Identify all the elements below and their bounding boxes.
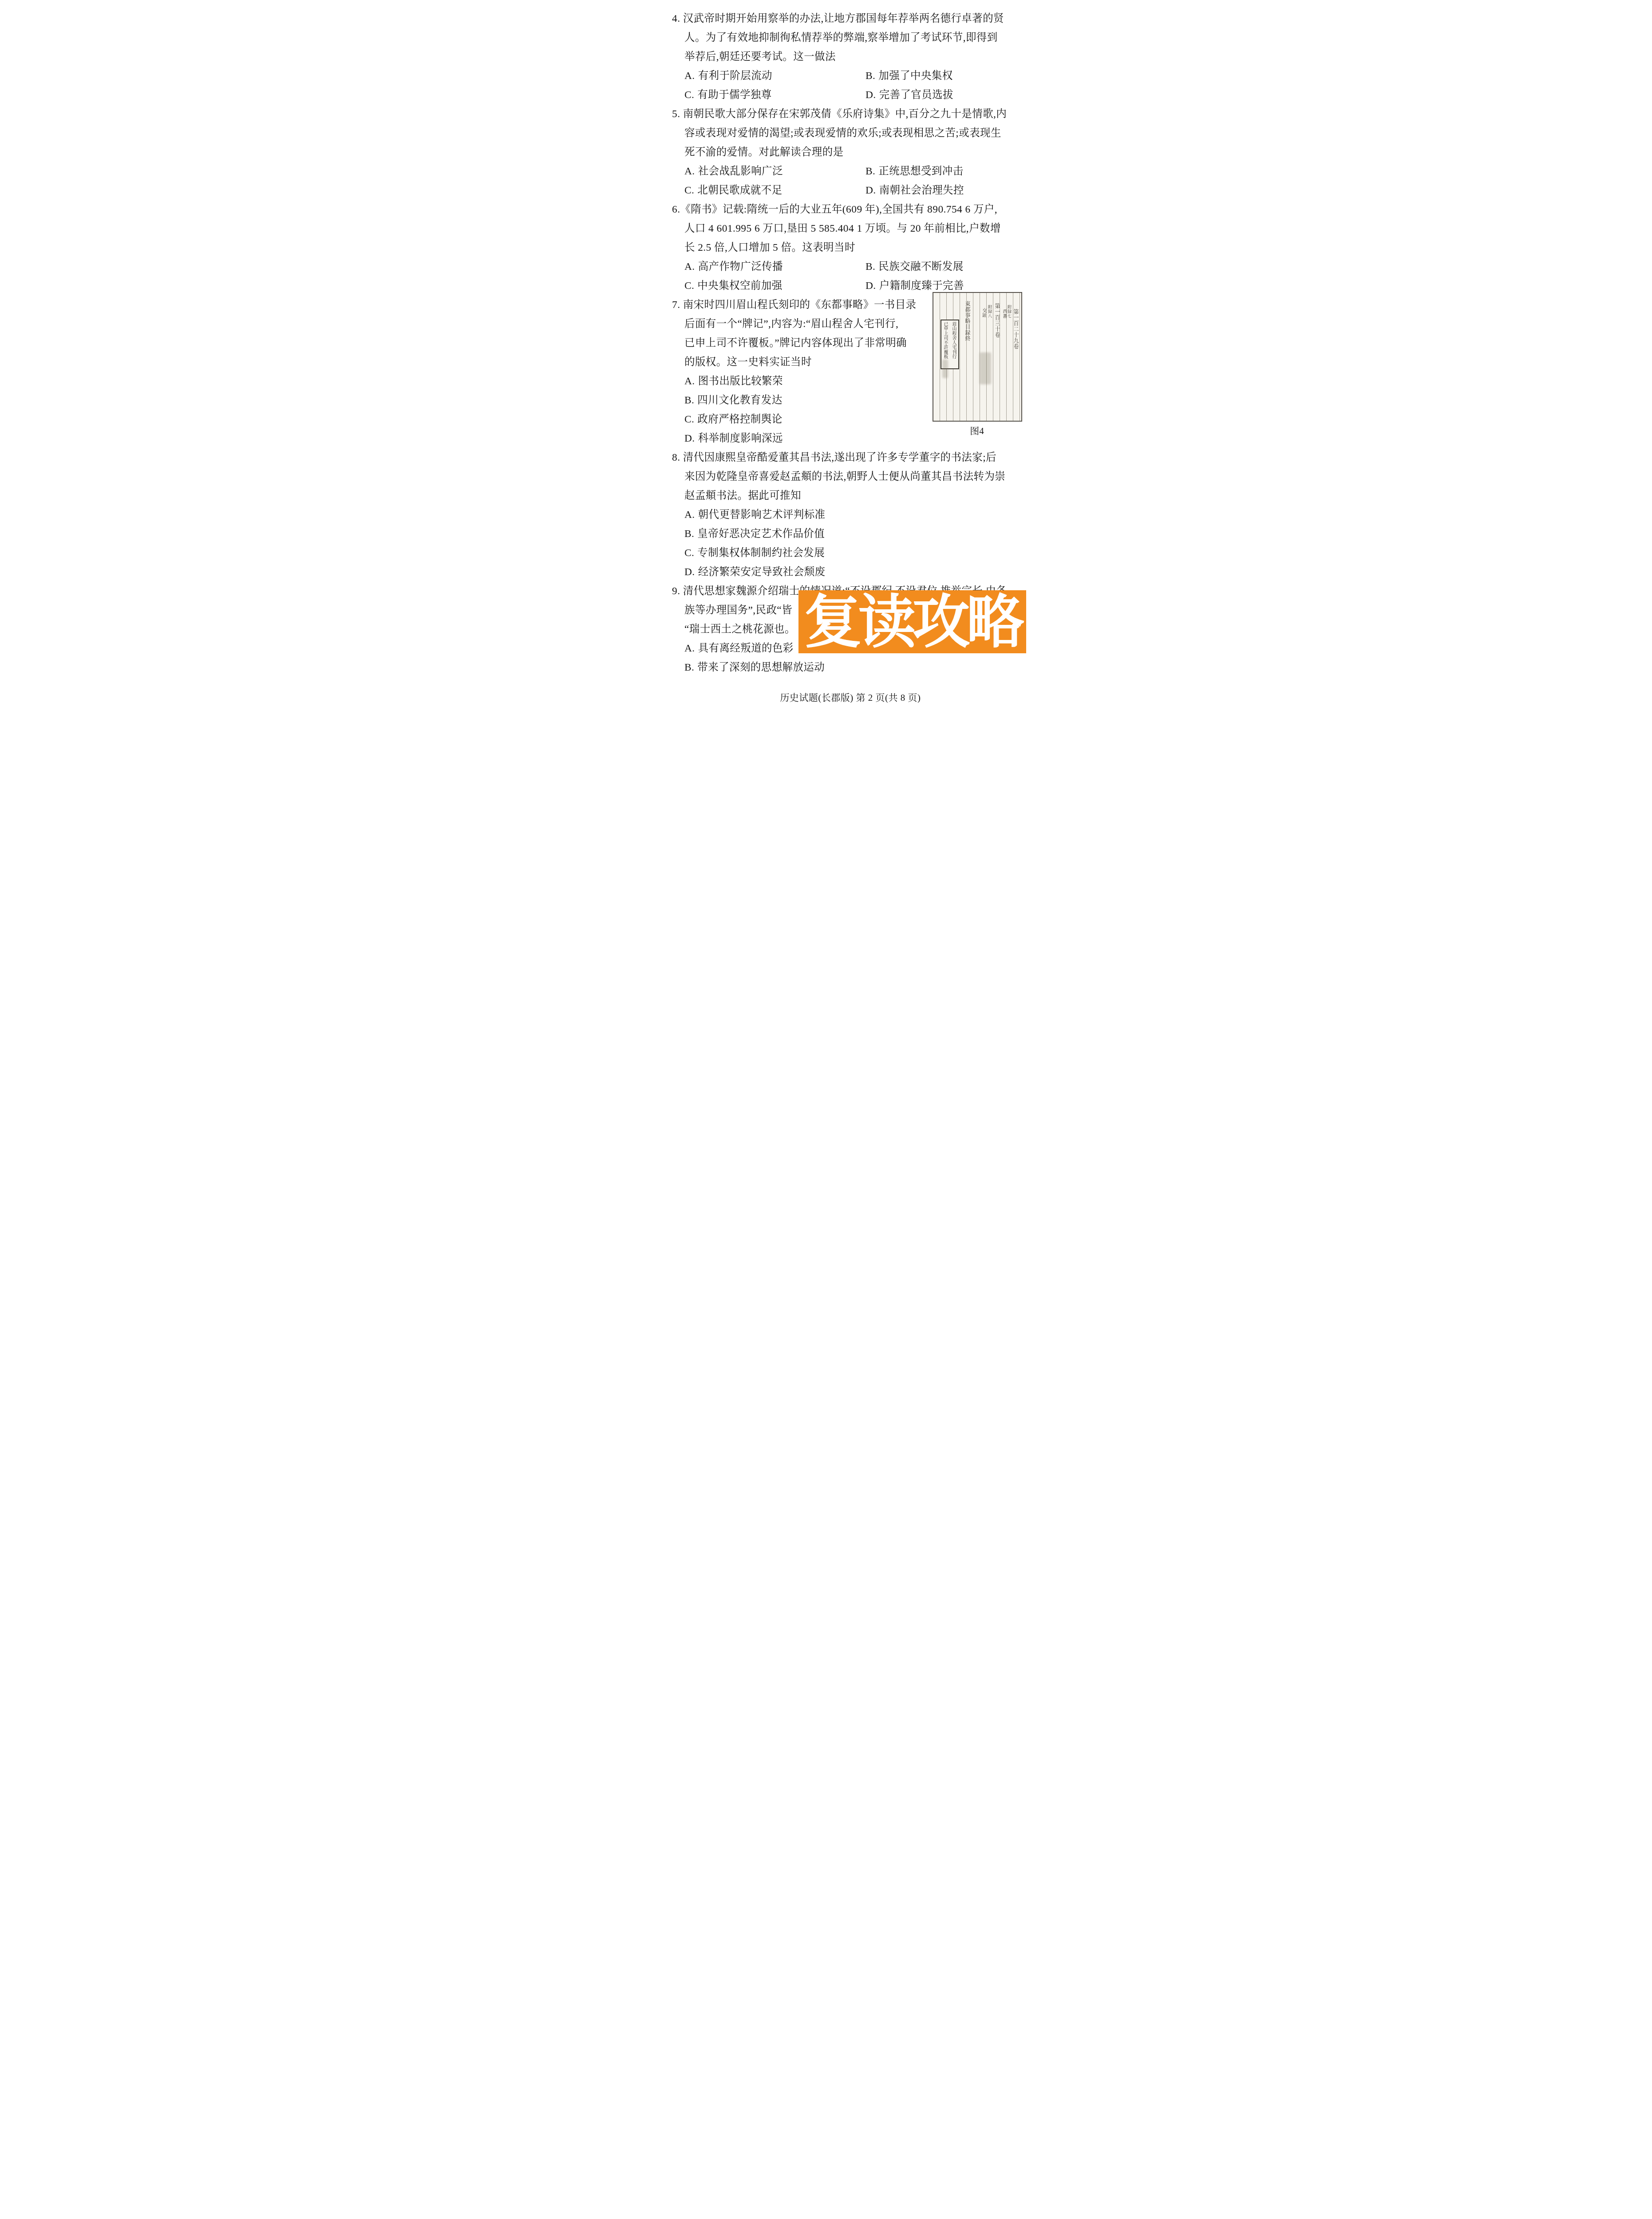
q6-option-a: A.高产作物广泛传播 — [684, 260, 783, 273]
q5-option-c: C.北朝民歌成就不足 — [684, 184, 783, 197]
figure-column-text: 西蕃 — [1001, 309, 1008, 319]
q4-option-a: A.有利于阶层流动 — [684, 69, 772, 83]
q4-option-b: B.加强了中央集权 — [866, 69, 953, 83]
q5-option-d: D.南朝社会治理失控 — [866, 184, 964, 197]
q5-option-a: A.社会战乱影响广泛 — [684, 165, 783, 178]
q8-option-c: C.专制集权体制制约社会发展 — [684, 546, 825, 560]
ink-smudge — [942, 359, 948, 378]
q8-option-b: B.皇帝好恶决定艺术作品价值 — [684, 527, 825, 541]
q9-option-b: B.带来了深刻的思想解放运动 — [684, 661, 825, 674]
q8-stem-line-2: 来因为乾隆皇帝喜爱赵孟頫的书法,朝野人士便从尚董其昌书法转为崇 — [684, 470, 1005, 483]
q8-option-d: D.经济繁荣安定导致社会颓废 — [684, 565, 825, 579]
q4-stem-line-2: 人。为了有效地抑制徇私情荐举的弊端,察举增加了考试环节,即得到 — [684, 31, 998, 44]
q5-option-b: B.正统思想受到冲击 — [866, 165, 964, 178]
q4-option-c: C.有助于儒学独尊 — [684, 88, 772, 102]
figure-caption: 图4 — [961, 424, 992, 437]
q7-stem-line-1: 7. 南宋时四川眉山程氏刻印的《东都事略》一书目录 — [672, 298, 917, 312]
ink-smudge — [980, 352, 991, 384]
q4-option-d: D.完善了官员选拔 — [866, 88, 953, 102]
watermark-banner: 复读攻略 — [798, 590, 1026, 653]
exam-page: 4. 汉武帝时期开始用察举的办法,让地方郡国每年荐举两名德行卓著的贤人。为了有效… — [620, 0, 1032, 711]
q5-stem-line-1: 5. 南朝民歌大部分保存在宋郭茂倩《乐府诗集》中,百分之九十是情歌,内 — [672, 107, 1007, 121]
q7-stem-line-2: 后面有一个“牌记”,内容为:“眉山程舍人宅刊行, — [684, 317, 898, 331]
q7-option-d: D.科举制度影响深远 — [684, 432, 783, 445]
q6-stem-line-2: 人口 4 601.995 6 万口,垦田 5 585.404 1 万顷。与 20… — [684, 222, 1001, 235]
figure-column-text: 東都事略目録終 — [964, 301, 972, 341]
figure-woodblock-print: 第一百二十九卷 附録七 西蕃 第一百三十卷 附録八 交趾 東都事略目録終 眉山程… — [933, 292, 1022, 422]
q6-option-c: C.中央集权空前加强 — [684, 279, 783, 292]
q4-stem-line-3: 举荐后,朝廷还要考试。这一做法 — [684, 50, 836, 63]
figure-column-text: 第一百二十九卷 — [1012, 309, 1020, 349]
q7-option-c: C.政府严格控制舆论 — [684, 413, 783, 426]
q6-option-d: D.户籍制度臻于完善 — [866, 279, 964, 292]
q8-stem-line-1: 8. 清代因康熙皇帝酷爱董其昌书法,遂出现了许多专学董字的书法家;后 — [672, 451, 996, 464]
figure-column-text: 第一百三十卷 — [994, 303, 1001, 338]
q9-option-a: A.具有离经叛道的色彩 — [684, 642, 794, 655]
q6-option-b: B.民族交融不断发展 — [866, 260, 964, 273]
q7-option-b: B.四川文化教育发达 — [684, 394, 783, 407]
page-footer: 历史试题(长郡版) 第 2 页(共 8 页) — [673, 691, 1028, 704]
q7-stem-line-3: 已申上司不许覆板。”牌记内容体现出了非常明确 — [684, 336, 907, 350]
figure-column-text: 附録八 — [987, 305, 993, 318]
printers-mark-right-column: 眉山程舍人宅刊行 — [949, 322, 958, 367]
q8-option-a: A.朝代更替影响艺术评判标准 — [684, 508, 825, 521]
q9-stem-line-3: “瑞士西土之桃花源也。 — [684, 623, 795, 636]
q5-stem-line-2: 容或表现对爱情的渴望;或表现爱情的欢乐;或表现相思之苦;或表现生 — [684, 126, 1001, 140]
q9-stem-line-2: 族等办理国务”,民政“皆 — [684, 604, 792, 617]
q6-stem-line-3: 长 2.5 倍,人口增加 5 倍。这表明当时 — [684, 241, 855, 254]
figure-column-text: 交趾 — [980, 308, 987, 318]
q6-stem-line-1: 6.《隋书》记载:隋统一后的大业五年(609 年),全国共有 890.754 6… — [672, 203, 997, 216]
q8-stem-line-3: 赵孟頫书法。据此可推知 — [684, 489, 801, 502]
q7-option-a: A.图书出版比较繁荣 — [684, 375, 783, 388]
q7-stem-line-4: 的版权。这一史料实证当时 — [684, 355, 812, 369]
q4-stem-line-1: 4. 汉武帝时期开始用察举的办法,让地方郡国每年荐举两名德行卓著的贤 — [672, 12, 1004, 25]
q5-stem-line-3: 死不渝的爱情。对此解读合理的是 — [684, 146, 844, 159]
